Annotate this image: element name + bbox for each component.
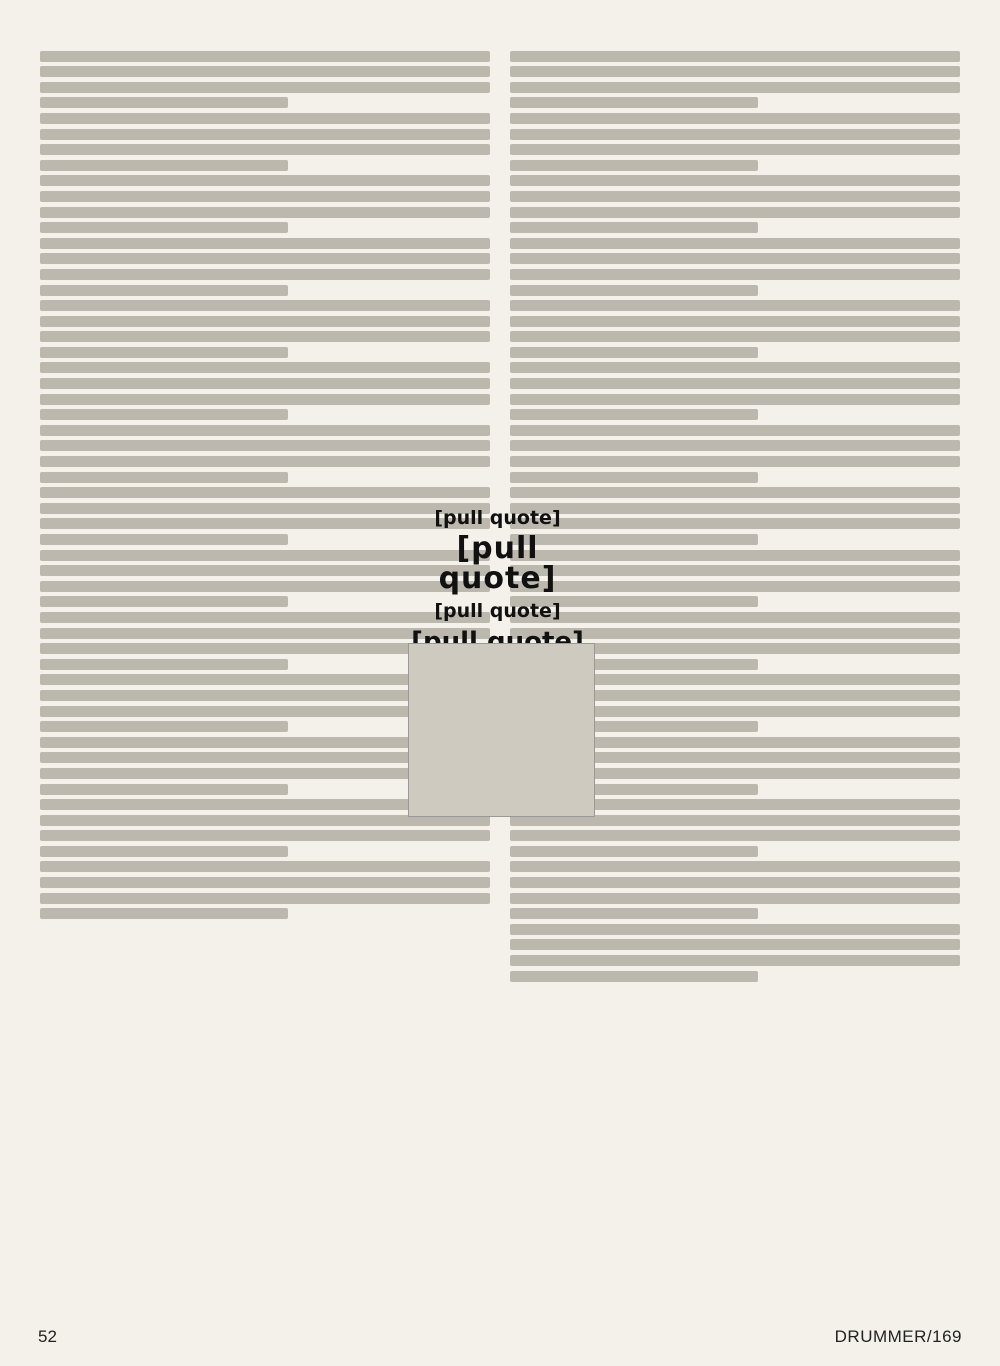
placeholder-paragraph <box>510 113 960 171</box>
placeholder-paragraph <box>510 51 960 109</box>
pull-quote-line: [pull quote] <box>400 509 595 528</box>
pull-quote-inset: [pull quote] [pull quote] [pull quote] [… <box>400 505 595 815</box>
placeholder-paragraph <box>510 175 960 233</box>
placeholder-paragraph <box>510 425 960 483</box>
pull-quote: [pull quote] [pull quote] [pull quote] [… <box>400 509 595 655</box>
placeholder-paragraph <box>40 300 490 358</box>
page-number: 52 <box>38 1327 57 1347</box>
placeholder-paragraph <box>510 300 960 358</box>
placeholder-paragraph <box>510 238 960 296</box>
placeholder-paragraph <box>40 175 490 233</box>
placeholder-paragraph <box>510 924 960 982</box>
placeholder-paragraph <box>40 238 490 296</box>
running-footer: DRUMMER/169 <box>835 1327 962 1347</box>
placeholder-paragraph <box>40 861 490 919</box>
illustration-image <box>408 643 595 817</box>
pull-quote-line: [pull quote] <box>400 534 595 594</box>
placeholder-paragraph <box>40 51 490 109</box>
placeholder-paragraph <box>510 861 960 919</box>
pull-quote-line: [pull quote] <box>400 602 595 621</box>
placeholder-paragraph <box>510 362 960 420</box>
placeholder-paragraph <box>40 425 490 483</box>
placeholder-paragraph <box>40 113 490 171</box>
placeholder-paragraph <box>40 362 490 420</box>
